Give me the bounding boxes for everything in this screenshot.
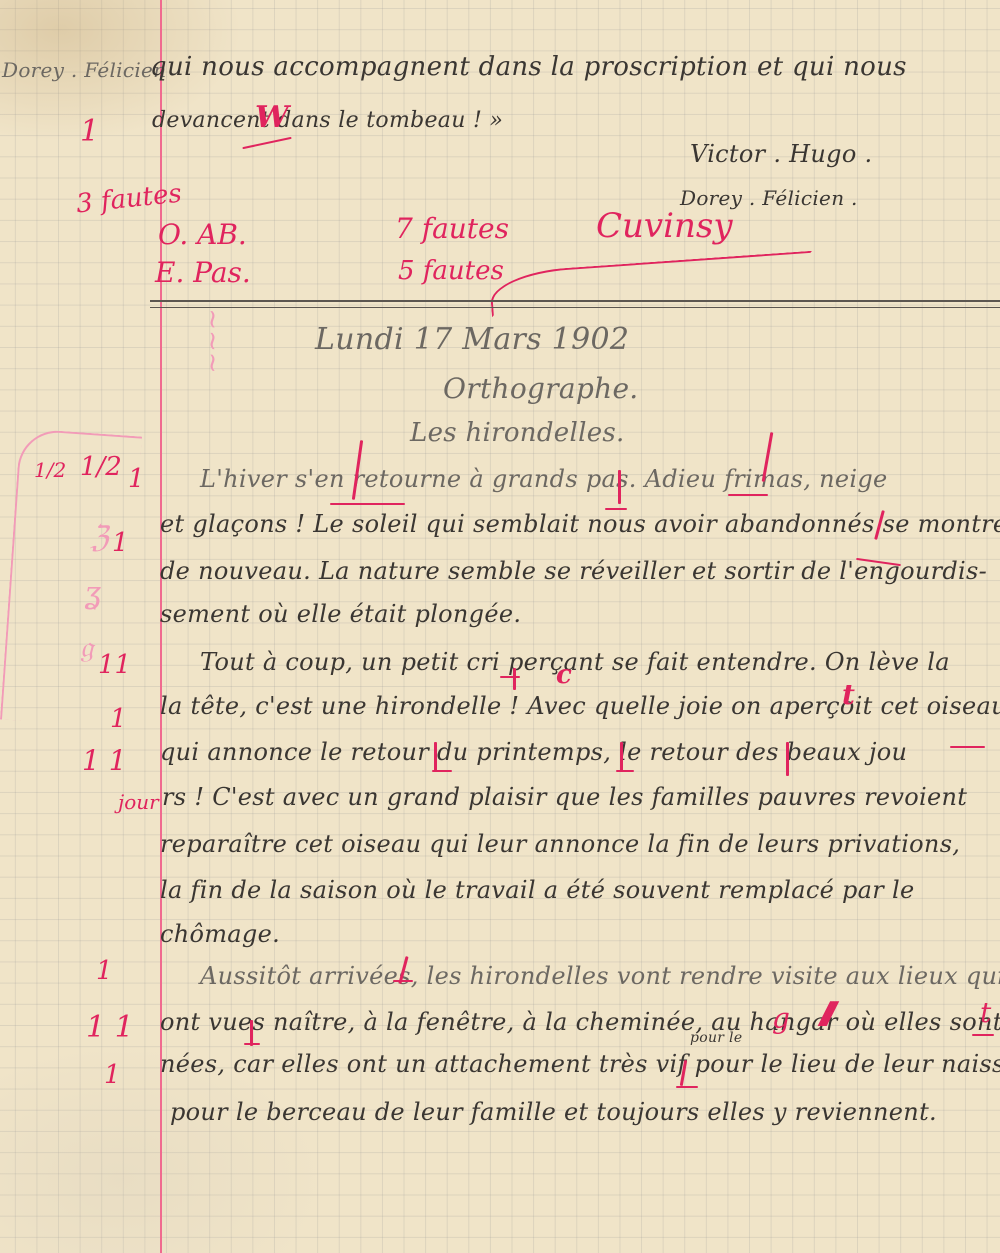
grade-value-e-pas: 5 fautes [398,256,504,286]
correction-underline [432,770,452,772]
text-line: ont vues naître, à la fenêtre, à la chem… [160,1008,1000,1036]
margin-score: 1 1 [86,1010,134,1045]
correction-letter: g [772,1002,790,1035]
text-line: L'hiver s'en retourne à grands pas. Adie… [200,465,888,493]
margin-score: 1 [128,464,145,494]
grade-value-o-ab: 7 fautes [395,212,509,245]
text-line: Tout à coup, un petit cri perçant se fai… [200,648,950,676]
margin-squiggle: ʓ [84,576,101,611]
correction-underline [500,676,520,678]
correction-stroke [786,742,789,776]
text-line: pour le berceau de leur famille et toujo… [170,1098,937,1126]
correction-mark: W [255,100,289,135]
text-line: la fin de la saison où le travail a été … [160,876,914,904]
margin-squiggle: 𝔤 [80,630,93,665]
margin-score: 1 [96,956,113,986]
text-line: et glaçons ! Le soleil qui semblait nous… [160,510,1000,538]
text-line: Aussitôt arrivées, les hirondelles vont … [200,962,1000,990]
correction-underline [616,770,634,772]
correction-strikethrough [950,746,985,748]
grade-label-e-pas: E. Pas. [155,256,251,289]
margin-fraction: 1/2 [34,460,66,480]
margin-score: 1 [104,1060,121,1090]
correction-stroke [434,742,437,772]
correction-letter: t [980,996,991,1029]
correction-stroke [618,470,621,504]
margin-fraction: 1/2 [80,456,122,478]
text-line: la tête, c'est une hirondelle ! Avec que… [160,692,1000,720]
correction-stroke [620,742,623,772]
correction-letter: c [556,660,572,690]
correction-underline [605,508,627,510]
text-line: sement où elle était plongée. [160,600,521,628]
fraction-value: 1/2 [34,458,66,482]
margin-squiggle: ℨ [90,520,109,555]
margin-score: 1 1 [82,744,127,777]
text-line: qui nous accompagnent dans la proscripti… [150,52,907,82]
dictation-subject: Orthographe. [443,372,639,405]
margin-score: 1 [112,528,129,558]
grade-label-o-ab: O. AB. [158,218,247,251]
text-line: qui annonce le retour du printemps, le r… [160,738,907,766]
correction-underline [244,1043,260,1045]
text-line: rs ! C'est avec un grand plaisir que les… [162,783,967,811]
margin-score: 1 [80,114,99,149]
interlinear-correction: pour le [690,1030,742,1046]
margin-score: 1 [110,704,127,734]
teacher-initials: Cuvinsy [596,206,733,246]
dictation-title: Les hirondelles. [410,418,625,448]
margin-student-name: Dorey . Félicien [2,58,166,82]
correction-stroke [513,668,516,690]
margin-correction-jour: jour [118,790,159,814]
correction-letter: t [842,678,855,711]
dictation-date: Lundi 17 Mars 1902 [315,322,629,357]
fraction-value: 1/2 [80,452,122,482]
text-line: de nouveau. La nature semble se réveille… [160,557,987,585]
author-signature: Victor . Hugo . [690,140,872,168]
margin-score: 11 [98,650,131,680]
correction-underline [330,503,405,505]
correction-underline [972,1034,994,1036]
text-line: devancent dans le tombeau ! » [152,108,503,133]
text-line: chômage. [160,920,280,948]
correction-tally: /// [820,996,829,1031]
correction-underline [676,1086,698,1088]
correction-underline [728,494,768,496]
text-line: reparaître cet oiseau qui leur annonce l… [160,830,960,858]
separator-rule [150,300,1000,302]
correction-underline [393,980,413,982]
separator-rule [150,307,1000,308]
margin-squiggle: ~~~ [198,308,228,373]
text-line: nées, car elles ont un attachement très … [160,1050,1000,1078]
